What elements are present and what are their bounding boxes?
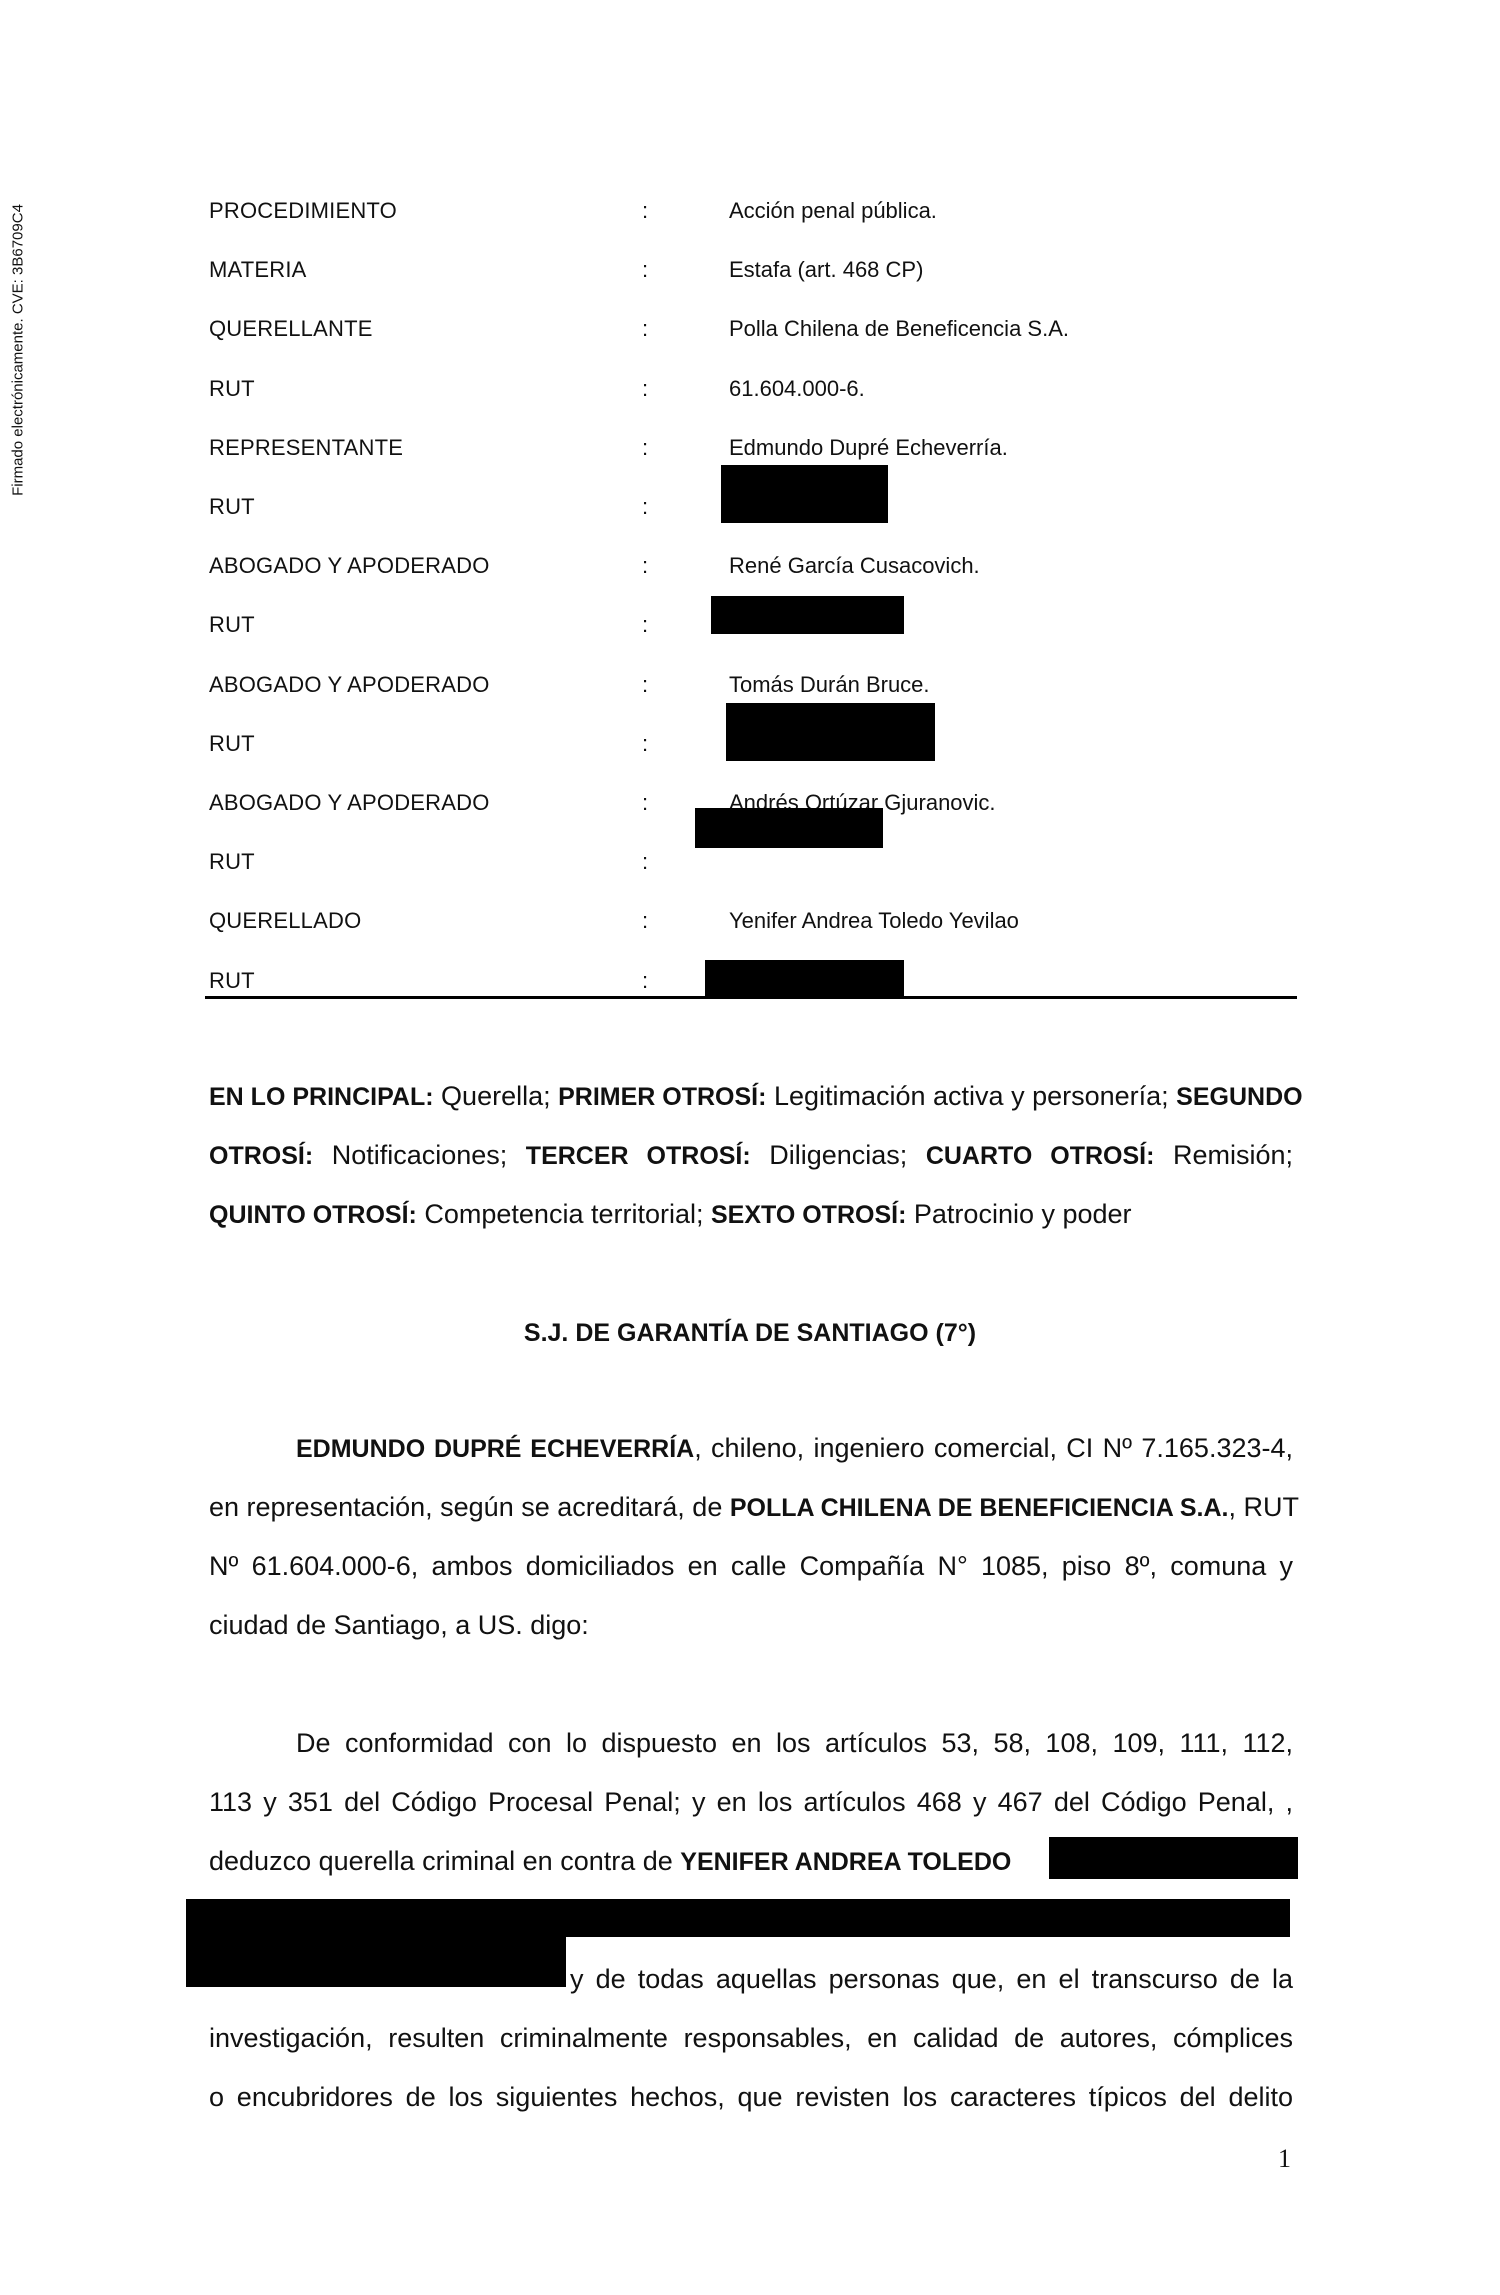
bold-text: YENIFER ANDREA TOLEDO — [680, 1848, 1011, 1876]
bold-text: QUINTO OTROSÍ: — [209, 1201, 417, 1229]
field-colon: : — [642, 428, 648, 468]
bold-text: SEGUNDO — [1176, 1083, 1302, 1111]
redaction-box — [186, 1899, 566, 1987]
field-colon: : — [642, 487, 648, 527]
field-colon: : — [642, 961, 648, 1001]
header-row: ABOGADO Y APODERADO:René García Cusacovi… — [0, 546, 1500, 586]
field-value: Acción penal pública. — [729, 191, 937, 231]
field-label: QUERELLANTE — [209, 309, 373, 349]
field-colon: : — [642, 369, 648, 409]
field-value: Polla Chilena de Beneficencia S.A. — [729, 309, 1069, 349]
header-row: RUT: — [0, 842, 1500, 882]
field-label: RUT — [209, 724, 255, 764]
bold-text: CUARTO OTROSÍ: — [926, 1142, 1155, 1170]
redaction-box — [711, 596, 904, 634]
header-row: MATERIA:Estafa (art. 468 CP) — [0, 250, 1500, 290]
field-label: MATERIA — [209, 250, 307, 290]
field-value: Tomás Durán Bruce. — [729, 665, 930, 705]
field-colon: : — [642, 842, 648, 882]
intro-line: Nº 61.604.000-6, ambos domiciliados en c… — [209, 1546, 1293, 1586]
bold-text: OTROSÍ: — [209, 1142, 313, 1170]
redaction-box — [1049, 1837, 1298, 1879]
field-value: 61.604.000-6. — [729, 369, 865, 409]
bold-text: EN LO PRINCIPAL: — [209, 1083, 434, 1111]
field-value: Estafa (art. 468 CP) — [729, 250, 923, 290]
field-label: REPRESENTANTE — [209, 428, 403, 468]
bold-text: TERCER OTROSÍ: — [526, 1142, 751, 1170]
field-label: RUT — [209, 842, 255, 882]
field-colon: : — [642, 605, 648, 645]
intro-line: en representación, según se acreditará, … — [209, 1487, 1293, 1528]
page-number: 1 — [1278, 2144, 1291, 2174]
header-row: ABOGADO Y APODERADO:Tomás Durán Bruce. — [0, 665, 1500, 705]
redaction-box — [705, 960, 904, 998]
field-colon: : — [642, 783, 648, 823]
header-row: RUT:61.604.000-6. — [0, 369, 1500, 409]
intro-line: ciudad de Santiago, a US. digo: — [209, 1605, 1293, 1645]
field-colon: : — [642, 665, 648, 705]
bold-text: SEXTO OTROSÍ: — [711, 1201, 906, 1229]
field-label: ABOGADO Y APODERADO — [209, 665, 490, 705]
redaction-box — [726, 703, 935, 761]
court-title: S.J. DE GARANTÍA DE SANTIAGO (7°) — [0, 1313, 1500, 1353]
header-row: QUERELLANTE:Polla Chilena de Beneficenci… — [0, 309, 1500, 349]
field-value: René García Cusacovich. — [729, 546, 980, 586]
header-row: PROCEDIMIENTO:Acción penal pública. — [0, 191, 1500, 231]
complaint-line: y de todas aquellas personas que, en el … — [570, 1959, 1293, 1999]
field-label: RUT — [209, 605, 255, 645]
field-label: PROCEDIMIENTO — [209, 191, 397, 231]
field-label: QUERELLADO — [209, 901, 361, 941]
redaction-box — [721, 465, 888, 523]
field-label: RUT — [209, 961, 255, 1001]
field-label: RUT — [209, 369, 255, 409]
field-colon: : — [642, 724, 648, 764]
summary-line: QUINTO OTROSÍ: Competencia territorial; … — [209, 1194, 1293, 1235]
bold-text: POLLA CHILENA DE BENEFICIENCIA S.A. — [730, 1494, 1229, 1522]
field-value: Edmundo Dupré Echeverría. — [729, 428, 1008, 468]
field-value: Yenifer Andrea Toledo Yevilao — [729, 901, 1019, 941]
field-colon: : — [642, 546, 648, 586]
complaint-line: o encubridores de los siguientes hechos,… — [209, 2077, 1293, 2117]
complaint-line: De conformidad con lo dispuesto en los a… — [209, 1723, 1293, 1763]
redaction-box — [695, 808, 883, 848]
summary-line: EN LO PRINCIPAL: Querella; PRIMER OTROSÍ… — [209, 1076, 1293, 1117]
field-colon: : — [642, 250, 648, 290]
header-row: QUERELLADO:Yenifer Andrea Toledo Yevilao — [0, 901, 1500, 941]
complaint-line: investigación, resulten criminalmente re… — [209, 2018, 1293, 2058]
field-label: ABOGADO Y APODERADO — [209, 783, 490, 823]
field-label: ABOGADO Y APODERADO — [209, 546, 490, 586]
summary-line: OTROSÍ: Notificaciones; TERCER OTROSÍ: D… — [209, 1135, 1293, 1176]
complaint-line: 113 y 351 del Código Procesal Penal; y e… — [209, 1782, 1293, 1822]
intro-line: EDMUNDO DUPRÉ ECHEVERRÍA, chileno, ingen… — [209, 1428, 1293, 1469]
bold-text: PRIMER OTROSÍ: — [558, 1083, 766, 1111]
field-colon: : — [642, 309, 648, 349]
field-label: RUT — [209, 487, 255, 527]
bold-text: EDMUNDO DUPRÉ ECHEVERRÍA — [296, 1435, 694, 1463]
field-colon: : — [642, 191, 648, 231]
header-row: REPRESENTANTE:Edmundo Dupré Echeverría. — [0, 428, 1500, 468]
field-colon: : — [642, 901, 648, 941]
